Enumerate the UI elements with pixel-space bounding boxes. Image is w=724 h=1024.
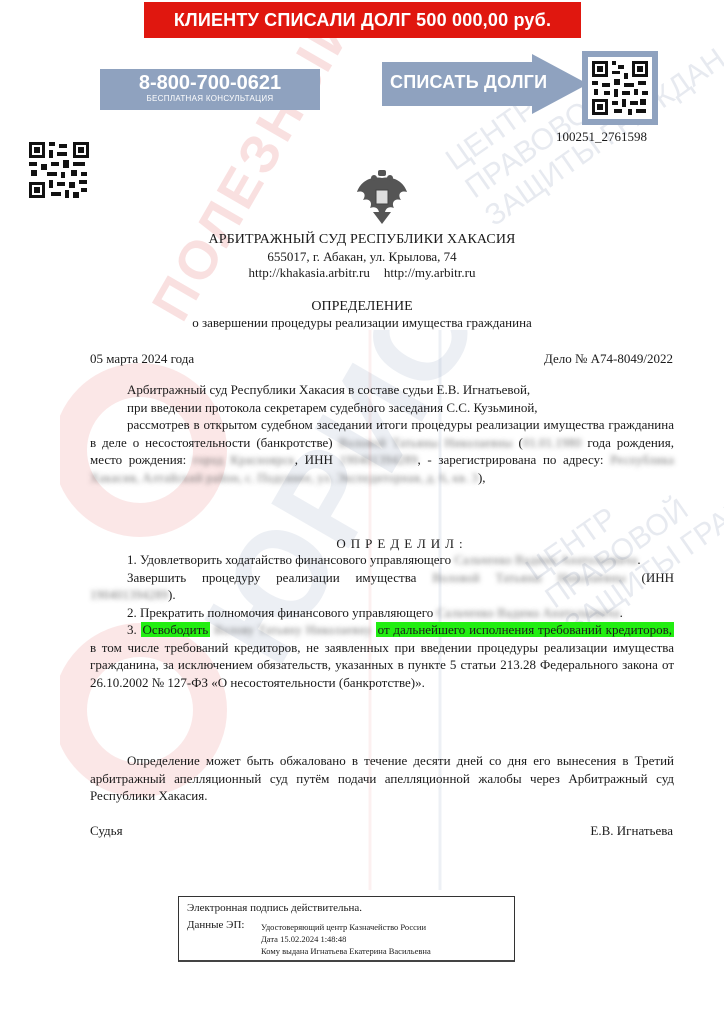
decision-section: 1. Удовлетворить ходатайство финансового… xyxy=(90,551,674,691)
barcode-id: 100251_2761598 xyxy=(556,129,647,145)
court-address: 655017, г. Абакан, ул. Крылова, 74 xyxy=(0,249,724,265)
my-arbitr-link[interactable]: http://my.arbitr.ru xyxy=(384,265,476,280)
court-urls: http://khakasia.arbitr.ruhttp://my.arbit… xyxy=(0,265,724,281)
signature-data-label: Данные ЭП: xyxy=(187,919,244,931)
redacted-birthdate: 01.01.1980 xyxy=(523,435,582,450)
coat-of-arms-icon xyxy=(353,168,411,226)
highlight-creditors: от дальнейшего исполнения требований кре… xyxy=(376,622,674,637)
signature-details: Удостоверяющий центр Казначейство России… xyxy=(261,921,431,957)
debt-written-off-banner[interactable]: КЛИЕНТУ СПИСАЛИ ДОЛГ 500 000,00 руб. xyxy=(144,2,581,38)
decision-item-2: 2. Прекратить полномочия финансового упр… xyxy=(90,604,674,622)
document-date: 05 марта 2024 года xyxy=(90,351,194,367)
redacted-debtor-name: Воловой Татьяны Николаевны xyxy=(432,570,626,585)
phone-consultation-button[interactable]: 8-800-700-0621 БЕСПЛАТНАЯ КОНСУЛЬТАЦИЯ xyxy=(100,69,320,110)
redacted-inn: 190401394289 xyxy=(90,587,168,602)
signature-valid: Электронная подпись действительна. xyxy=(187,902,362,914)
appeal-paragraph: Определение может быть обжаловано в тече… xyxy=(90,752,674,805)
redacted-birthplace: город Красноярск xyxy=(193,452,295,467)
judge-label: Судья xyxy=(90,823,123,839)
case-number: Дело № А74-8049/2022 xyxy=(544,351,673,367)
document-title: ОПРЕДЕЛЕНИЕ xyxy=(0,299,724,315)
resolved-heading: ОПРЕДЕЛИЛ: xyxy=(0,536,724,552)
electronic-signature-box: Электронная подпись действительна. Данны… xyxy=(178,896,515,962)
document-subtitle: о завершении процедуры реализации имущес… xyxy=(0,315,724,331)
signature-date: Дата 15.02.2024 1:48:48 xyxy=(261,933,431,945)
write-off-debts-button[interactable]: СПИСАТЬ ДОЛГИ xyxy=(390,72,547,93)
redacted-debtor-name: Волову Татьяну Николаевну xyxy=(214,622,372,637)
qr-code-icon[interactable] xyxy=(27,140,91,200)
redacted-inn: 190401394289 xyxy=(339,452,417,467)
court-url-link[interactable]: http://khakasia.arbitr.ru xyxy=(249,265,370,280)
redacted-manager-name: Сальченко Вадима Анатольевича xyxy=(437,605,620,620)
intro-paragraph: Арбитражный суд Республики Хакасия в сос… xyxy=(90,381,674,486)
decision-complete-procedure: Завершить процедуру реализации имущества… xyxy=(90,569,674,604)
redacted-manager-name: Сальченко Вадима Анатольевича xyxy=(454,552,637,567)
intro-line-3: рассмотрев в открытом судебном заседании… xyxy=(90,416,674,486)
qr-code-icon[interactable] xyxy=(588,57,652,119)
intro-line-1: Арбитражный суд Республики Хакасия в сос… xyxy=(90,381,674,399)
signature-issuer: Удостоверяющий центр Казначейство России xyxy=(261,921,431,933)
watermark-left-text: ПОЛЕЗНЫЙ xyxy=(140,0,369,331)
phone-caption: БЕСПЛАТНАЯ КОНСУЛЬТАЦИЯ xyxy=(100,94,320,104)
intro-line-2: при введении протокола секретарем судебн… xyxy=(90,399,674,417)
decision-item-3: 3. Освободить Волову Татьяну Николаевну … xyxy=(90,621,674,691)
court-name: АРБИТРАЖНЫЙ СУД РЕСПУБЛИКИ ХАКАСИЯ xyxy=(0,232,724,248)
signature-issued-to: Кому выдана Игнатьева Екатерина Васильев… xyxy=(261,945,431,957)
judge-name: Е.В. Игнатьева xyxy=(590,823,673,839)
phone-number: 8-800-700-0621 xyxy=(100,72,320,94)
highlight-release: Освободить xyxy=(141,622,211,637)
decision-item-1: 1. Удовлетворить ходатайство финансового… xyxy=(90,551,674,569)
redacted-name: Воловой Татьяны Николаевны xyxy=(339,435,513,450)
